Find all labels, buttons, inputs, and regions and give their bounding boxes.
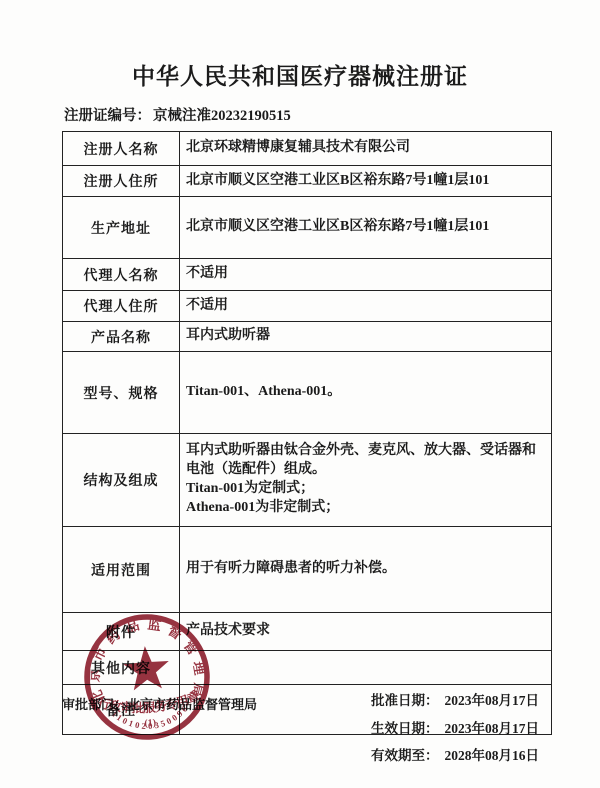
approval-date-label: 批准日期： bbox=[371, 693, 439, 708]
table-row-production-address: 生产地址 北京市顺义区空港工业区B区裕东路7号1幢1层101 bbox=[63, 197, 552, 259]
official-seal-stamp: 北京市药品监督管理局 行政审批服务专用章 (1) 1101020350096 bbox=[67, 597, 227, 757]
certificate-page: 中华人民共和国医疗器械注册证 注册证编号：京械注准20232190515 注册人… bbox=[0, 0, 600, 788]
cert-number-line: 注册证编号：京械注准20232190515 bbox=[64, 104, 291, 125]
row-value: 北京市顺义区空港工业区B区裕东路7号1幢1层101 bbox=[180, 197, 552, 259]
row-value bbox=[180, 651, 552, 685]
approval-date-line: 批准日期：2023年08月17日 bbox=[371, 690, 539, 718]
row-label: 产品名称 bbox=[63, 322, 180, 352]
table-row-structure-composition: 结构及组成 耳内式助听器由钛合金外壳、麦克风、放大器、受话器和电池（选配件）组成… bbox=[63, 434, 552, 527]
cert-number-value: 京械注准20232190515 bbox=[153, 108, 291, 124]
row-label: 代理人名称 bbox=[63, 259, 180, 291]
effective-date-label: 生效日期： bbox=[371, 721, 439, 736]
date-block: 批准日期：2023年08月17日 生效日期：2023年08月17日 有效期至：2… bbox=[371, 690, 539, 773]
row-value: 耳内式助听器 bbox=[180, 322, 552, 352]
row-value: 产品技术要求 bbox=[180, 613, 552, 651]
table-row-registrant-address: 注册人住所 北京市顺义区空港工业区B区裕东路7号1幢1层101 bbox=[63, 166, 552, 197]
table-row-registrant-name: 注册人名称 北京环球精博康复辅具技术有限公司 bbox=[63, 132, 552, 166]
row-label: 结构及组成 bbox=[63, 434, 180, 527]
row-value: 不适用 bbox=[180, 259, 552, 291]
row-label: 代理人住所 bbox=[63, 291, 180, 322]
table-row-scope-of-application: 适用范围 用于有听力障碍患者的听力补偿。 bbox=[63, 527, 552, 613]
row-value: 不适用 bbox=[180, 291, 552, 322]
row-value: Titan-001、Athena-001。 bbox=[180, 352, 552, 434]
page-title: 中华人民共和国医疗器械注册证 bbox=[0, 58, 600, 91]
table-row-agent-address: 代理人住所 不适用 bbox=[63, 291, 552, 322]
expiry-date-value: 2028年08月16日 bbox=[445, 748, 540, 763]
row-value: 北京市顺义区空港工业区B区裕东路7号1幢1层101 bbox=[180, 166, 552, 197]
row-label: 注册人名称 bbox=[63, 132, 180, 166]
expiry-date-label: 有效期至： bbox=[371, 748, 439, 763]
row-label: 注册人住所 bbox=[63, 166, 180, 197]
row-value: 用于有听力障碍患者的听力补偿。 bbox=[180, 527, 552, 613]
seal-star-icon bbox=[122, 644, 171, 690]
table-row-model-spec: 型号、规格 Titan-001、Athena-001。 bbox=[63, 352, 552, 434]
row-value: 北京环球精博康复辅具技术有限公司 bbox=[180, 132, 552, 166]
expiry-date-line: 有效期至：2028年08月16日 bbox=[371, 745, 539, 773]
row-value: 耳内式助听器由钛合金外壳、麦克风、放大器、受话器和电池（选配件）组成。 Tita… bbox=[180, 434, 552, 527]
cert-number-label: 注册证编号： bbox=[64, 108, 151, 124]
approval-date-value: 2023年08月17日 bbox=[445, 693, 540, 708]
effective-date-value: 2023年08月17日 bbox=[445, 721, 540, 736]
row-label: 适用范围 bbox=[63, 527, 180, 613]
table-row-product-name: 产品名称 耳内式助听器 bbox=[63, 322, 552, 352]
table-row-agent-name: 代理人名称 不适用 bbox=[63, 259, 552, 291]
row-label: 型号、规格 bbox=[63, 352, 180, 434]
row-label: 生产地址 bbox=[63, 197, 180, 259]
effective-date-line: 生效日期：2023年08月17日 bbox=[371, 718, 539, 746]
seal-purpose-text: 行政审批服务专用章 bbox=[95, 688, 203, 719]
